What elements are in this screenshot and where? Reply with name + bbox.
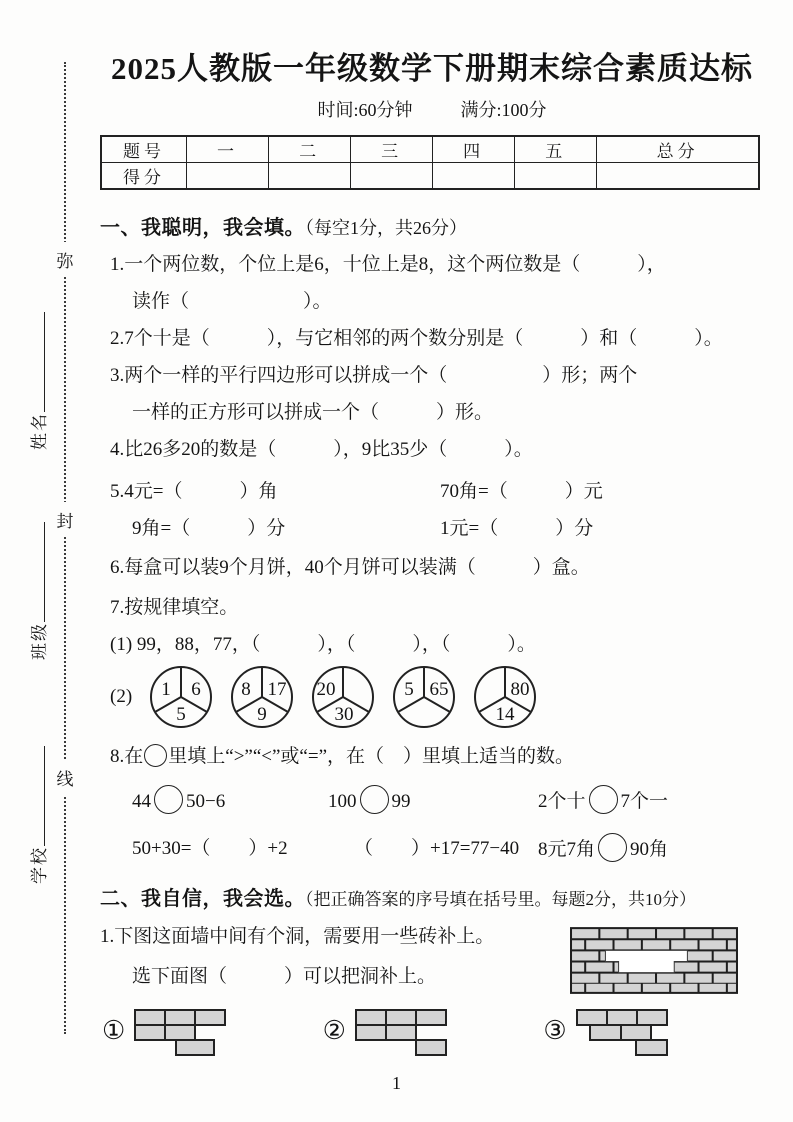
score-table-score-row: 得分 <box>101 163 759 190</box>
class-blank-line <box>27 522 45 622</box>
option-3: ③ <box>543 1008 764 1058</box>
s1-q5-row2: 9角=（ ）分 1元=（ ）分 <box>132 517 764 541</box>
score-empty-cell <box>269 163 351 190</box>
exam-subtitle: 时间:60分钟 满分:100分 <box>100 96 764 122</box>
section2-heading: 二、我自信，我会选。（把正确答案的序号填在括号里。每题2分，共10分） <box>100 882 764 911</box>
svg-text:65: 65 <box>430 679 449 700</box>
q8-compare-item-3: 2个十7个一 <box>538 785 668 817</box>
exam-title: 2025人教版一年级数学下册期末综合素质达标 <box>100 50 764 87</box>
svg-text:30: 30 <box>335 704 354 725</box>
score-empty-cell <box>187 163 269 190</box>
s1-q7-sub2: (2) 1 6 5 8 17 9 <box>110 665 764 729</box>
exam-paper-page: 弥 封 线 姓名 班级 学校 2025人教版一年级数学下册期末综合素质达标 时间… <box>0 0 793 1122</box>
time-limit: 时间:60分钟 <box>317 96 412 122</box>
s1-q2: 2.7个十是（ ），与它相邻的两个数分别是（ ）和（ ）。 <box>110 327 764 351</box>
option-2-number: ② <box>323 1016 346 1046</box>
s1-q8-row1: 4450−6 10099 2个十7个一 <box>132 785 764 817</box>
score-table-header-row: 题号 一 二 三 四 五 总分 <box>101 136 759 163</box>
score-table: 题号 一 二 三 四 五 总分 得分 <box>100 135 760 190</box>
option-2-brick-shape <box>353 1008 453 1058</box>
compare-circle-blank <box>154 785 183 814</box>
s1-q4: 4.比26多20的数是（ ），9比35少（ ）。 <box>110 438 764 462</box>
option-2: ② <box>323 1008 544 1058</box>
option-1: ① <box>102 1008 323 1058</box>
svg-text:6: 6 <box>191 679 201 700</box>
s1-q6: 6.每盒可以装9个月饼，40个月饼可以装满（ ）盒。 <box>110 556 764 580</box>
svg-text:5: 5 <box>176 704 186 725</box>
svg-text:17: 17 <box>268 679 287 700</box>
svg-text:8: 8 <box>241 679 251 700</box>
number-circle-1: 1 6 5 <box>149 665 213 729</box>
q8-compare-item-2: 10099 <box>328 785 538 817</box>
name-field-label: 姓名 <box>25 278 49 450</box>
class-field-label: 班级 <box>25 488 49 660</box>
score-table-cell-3: 三 <box>351 136 433 163</box>
s2-q1-line2: 选下面图（ ）可以把洞补上。 <box>132 965 570 989</box>
seal-char-xian: 线 <box>55 760 75 795</box>
s1-q7-sub1: (1) 99，88，77，（ ），（ ），（ ）。 <box>110 633 764 657</box>
option-3-brick-shape <box>574 1008 674 1058</box>
score-table-cell-total: 总分 <box>597 136 759 163</box>
compare-circle-icon <box>144 744 167 767</box>
q8-compare-item-1: 4450−6 <box>132 785 328 817</box>
svg-text:5: 5 <box>404 679 414 700</box>
seal-char-feng: 封 <box>55 502 75 537</box>
q5-item-3: 9角=（ ）分 <box>132 517 440 541</box>
number-circle-5: 80 14 <box>473 665 537 729</box>
section1-heading: 一、我聪明，我会填。（每空1分，共26分） <box>100 211 764 240</box>
number-circle-4: 5 65 <box>392 665 456 729</box>
main-content: 2025人教版一年级数学下册期末综合素质达标 时间:60分钟 满分:100分 题… <box>100 50 764 1058</box>
option-3-number: ③ <box>543 1016 566 1046</box>
s1-q1-line1: 1.一个两位数，个位上是6，十位上是8，这个两位数是（ ）， <box>110 253 764 277</box>
school-blank-line <box>27 746 45 846</box>
q8-fill-item-2: （ ）+17=77−40 <box>354 834 538 864</box>
number-circle-2: 8 17 9 <box>230 665 294 729</box>
option-1-number: ① <box>102 1016 125 1046</box>
name-blank-line <box>27 312 45 412</box>
score-empty-cell <box>597 163 759 190</box>
s2-q1: 1.下图这面墙中间有个洞，需要用一些砖补上。 选下面图（ ）可以把洞补上。 <box>100 925 764 994</box>
compare-circle-blank <box>360 785 389 814</box>
q8-compare-item-4: 8元7角90角 <box>538 833 668 865</box>
s1-q3-line2: 一样的正方形可以拼成一个（ ）形。 <box>132 401 764 425</box>
seal-dotted-line <box>64 62 66 1034</box>
page-number: 1 <box>0 1073 793 1094</box>
s1-q8-heading: 8.在里填上“>”“<”或“=”，在（ ）里填上适当的数。 <box>110 744 764 769</box>
seal-char-mi: 弥 <box>55 242 75 277</box>
score-table-cell-defen: 得分 <box>101 163 187 190</box>
brick-wall-figure <box>570 927 738 994</box>
q7-sub2-label: (2) <box>110 686 132 708</box>
s2-q1-options: ① ② <box>102 1008 764 1058</box>
q5-item-4: 1元=（ ）分 <box>440 517 593 541</box>
svg-text:9: 9 <box>257 704 267 725</box>
compare-circle-blank <box>589 785 618 814</box>
compare-circle-blank <box>598 833 627 862</box>
full-score: 满分:100分 <box>461 96 547 122</box>
score-table-cell-5: 五 <box>515 136 597 163</box>
option-1-brick-shape <box>132 1008 232 1058</box>
score-empty-cell <box>351 163 433 190</box>
svg-text:20: 20 <box>317 679 336 700</box>
q8-fill-item-1: 50+30=（ ）+2 <box>132 834 354 864</box>
number-circle-3: 20 30 <box>311 665 375 729</box>
svg-text:14: 14 <box>496 704 516 725</box>
score-empty-cell <box>515 163 597 190</box>
s2-q1-text: 1.下图这面墙中间有个洞，需要用一些砖补上。 选下面图（ ）可以把洞补上。 <box>100 925 570 994</box>
svg-text:1: 1 <box>161 679 171 700</box>
s2-q1-line1: 1.下图这面墙中间有个洞，需要用一些砖补上。 <box>100 925 570 949</box>
score-table-cell-tihao: 题号 <box>101 136 187 163</box>
s1-q1-line2: 读作（ ）。 <box>132 290 764 314</box>
svg-text:80: 80 <box>511 679 530 700</box>
score-table-cell-4: 四 <box>433 136 515 163</box>
score-table-cell-1: 一 <box>187 136 269 163</box>
q5-item-1: 5.4元=（ ）角 <box>110 480 440 504</box>
s1-q5-row1: 5.4元=（ ）角 70角=（ ）元 <box>110 480 764 504</box>
score-table-cell-2: 二 <box>269 136 351 163</box>
score-empty-cell <box>433 163 515 190</box>
s1-q8-row2: 50+30=（ ）+2 （ ）+17=77−40 8元7角90角 <box>132 833 764 865</box>
school-field-label: 学校 <box>25 712 49 884</box>
s1-q3-line1: 3.两个一样的平行四边形可以拼成一个（ ）形；两个 <box>110 364 764 388</box>
s1-q7: 7.按规律填空。 <box>110 596 764 620</box>
q5-item-2: 70角=（ ）元 <box>440 480 603 504</box>
